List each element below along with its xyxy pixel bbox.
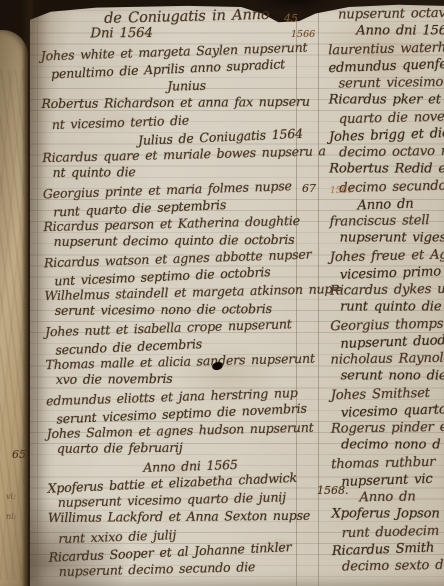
manuscript-line: Anno dn [359, 487, 444, 506]
manuscript-line: nupserunt octavo die [338, 4, 444, 23]
manuscript-line: franciscus stell [329, 211, 444, 231]
manuscript-line: Anno dni 1566 [356, 23, 444, 40]
margin-year-1567-faint: 1567 [330, 186, 353, 196]
margin-year-1566: 1566 [291, 29, 315, 40]
manuscript-photo: de Coniugatis in AnnoDni 1564Johes white… [0, 0, 444, 586]
page-corner-shadow [250, 0, 340, 22]
margin-year-65: 65 [12, 448, 26, 461]
left-column-entries: de Coniugatis in AnnoDni 1564Johes white… [40, 6, 321, 579]
margin-year-67: 67 [302, 182, 316, 195]
manuscript-line: Xpoferus Jopson [332, 506, 444, 523]
margin-small-mark: ni: [6, 512, 16, 521]
manuscript-line: Ricardus pker et so [329, 92, 444, 109]
manuscript-line: serunt nono die [341, 368, 444, 385]
margin-small-mark: vi: [6, 492, 16, 501]
manuscript-line: nicholaus Raynold [330, 349, 444, 369]
margin-year-1568: 1568. [317, 484, 349, 497]
manuscript-line: serunt vicesimo die [338, 73, 444, 92]
manuscript-line: decimo nono d [341, 437, 444, 454]
manuscript-line: Junius [167, 74, 313, 95]
manuscript-line: decimo secundo di [339, 176, 444, 197]
manuscript-line: runt quinto die oc [340, 299, 444, 316]
manuscript-line: Rogerus pinder et [331, 418, 444, 438]
manuscript-line: decimo octavo nove [339, 142, 444, 161]
manuscript-line: nupserunt vigesi [340, 230, 444, 247]
facing-page-writing-texture [0, 70, 24, 580]
manuscript-line: Robertus Redid et f [329, 161, 444, 178]
manuscript-line: Ricardus dykes u [330, 280, 444, 300]
manuscript-line: decimo sexto d [342, 556, 444, 575]
